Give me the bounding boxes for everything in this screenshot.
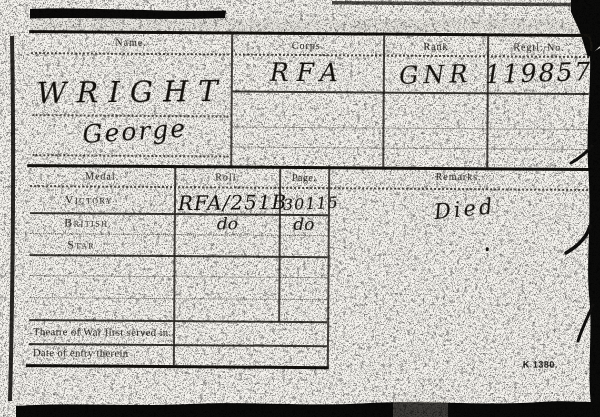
forename-underline: [32, 154, 228, 157]
star-row-rule: [30, 254, 328, 258]
corps-value-underline: [233, 91, 589, 95]
corps-header: Corps.: [233, 41, 383, 53]
empty-row-rule-2: [29, 297, 327, 300]
regtl-no-value-handwritten: 119857: [485, 57, 592, 89]
stray-ink-dot: [486, 247, 489, 251]
card-content: Name. Corps. Rank Regtl. No. Medal. Roll…: [0, 0, 600, 417]
corps-row-rule-1: [233, 127, 589, 130]
form-code: K 1380.: [523, 360, 558, 370]
name-header: Name.: [31, 37, 231, 49]
theatre-of-war-label: Theatre of War first served in.: [33, 327, 172, 339]
empty-row-rule-1: [29, 275, 327, 278]
forename-handwritten: George: [82, 114, 188, 150]
medal-roll-divider: [173, 167, 176, 366]
roll-british-ditto: do: [176, 214, 279, 235]
roll-victory-handwritten: RFA/251B: [178, 190, 287, 215]
theatre-row-rule: [29, 343, 327, 347]
page-column-header: Page.: [281, 173, 327, 184]
corps-row-rule-2: [232, 147, 588, 150]
page-victory-handwritten: 30115: [283, 193, 340, 215]
page-british-ditto: do: [281, 215, 327, 235]
surname-handwritten: WRIGHT: [37, 74, 228, 110]
section-divider-rule: [27, 164, 589, 171]
card-bottom-rule: [26, 364, 329, 369]
medal-row-british: British: [34, 215, 139, 231]
corps-value-handwritten: RFA: [233, 58, 383, 88]
roll-column-header: Roll.: [176, 172, 279, 184]
card-top-rule: [29, 30, 590, 37]
medal-row-star: Star: [34, 237, 129, 253]
medal-column-header: Medal.: [30, 171, 174, 183]
medal-header-underline: [30, 185, 588, 191]
table-bottom-rule: [29, 319, 327, 323]
medal-row-victory: Victory: [34, 192, 144, 208]
remarks-value-handwritten: Died: [433, 194, 496, 224]
regtl-no-header: Regtl. No.: [489, 42, 589, 54]
rank-header: Rank: [385, 42, 487, 54]
rank-value-handwritten: GNR: [385, 60, 488, 91]
scanned-medal-card: Name. Corps. Rank Regtl. No. Medal. Roll…: [0, 0, 600, 417]
date-of-entry-label: Date of entry therein: [33, 348, 129, 360]
remarks-column-header: Remarks.: [329, 171, 588, 184]
